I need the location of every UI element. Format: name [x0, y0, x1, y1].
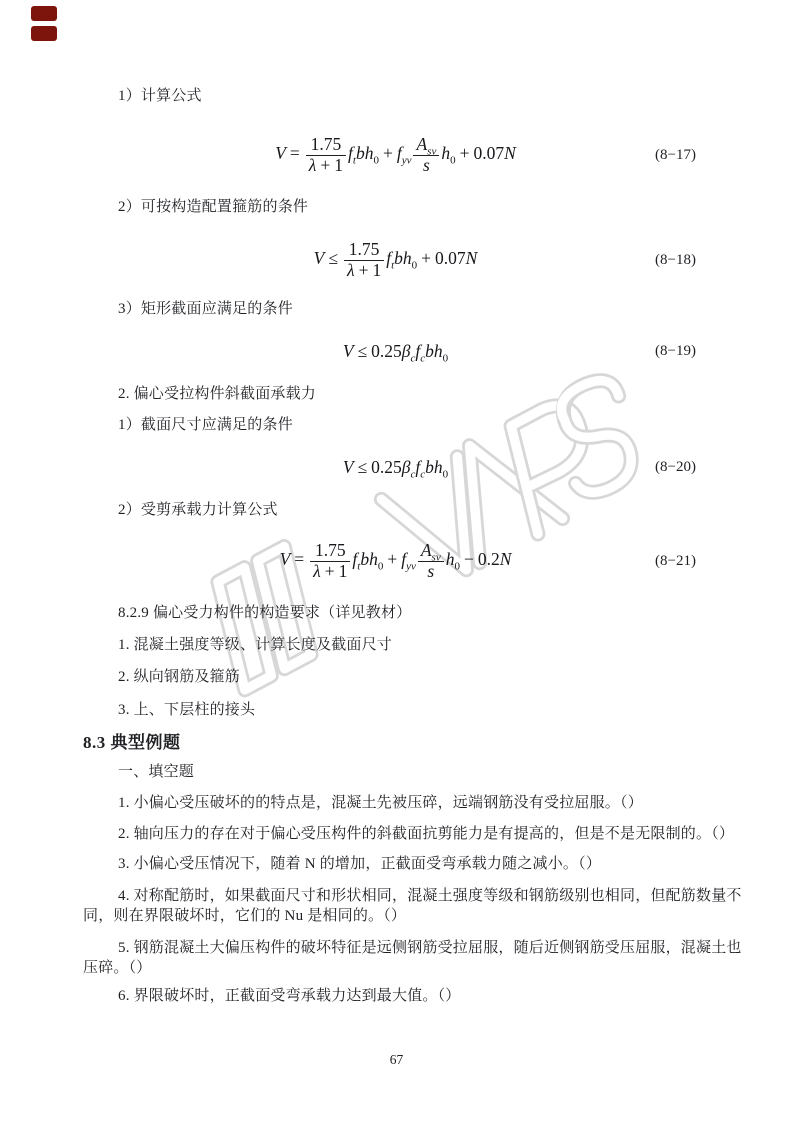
equation-number: (8−17) [655, 147, 696, 164]
corner-stamp-bottom [31, 26, 57, 41]
question-5-line-1: 5. 钢筋混凝土大偏压构件的破坏特征是远侧钢筋受拉屈服，随后近侧钢筋受压屈服，混… [118, 940, 742, 956]
list-item-longitudinal-rebar: 2. 纵向钢筋及箍筋 [118, 669, 240, 685]
formula-8-19: V≤0.25βcfcbh0 [343, 341, 448, 362]
question-3: 3. 小偏心受压情况下，随着 N 的增加，正截面受弯承载力随之减小。（） [118, 856, 601, 872]
question-1: 1. 小偏心受压破坏的的特点是，混凝土先被压碎，远端钢筋没有受拉屈服。（） [118, 795, 643, 811]
corner-stamp-top [31, 6, 57, 21]
page-number: 67 [0, 1052, 793, 1068]
section-heading-8-3: 8.3 典型例题 [83, 728, 181, 753]
list-item-stirrup-condition: 2）可按构造配置箍筋的条件 [118, 199, 308, 215]
formula-8-20: V≤0.25βcfcbh0 [343, 457, 448, 478]
list-item-rect-section-condition: 3）矩形截面应满足的条件 [118, 301, 293, 317]
equation-row-8-21: V=1.75λ+1ftbh0+fyvAsvsh0−0.2N (8−21) [83, 534, 708, 588]
question-4-line-2: 同，则在界限破坏时，它们的 Nu 是相同的。（） [83, 908, 406, 924]
formula-8-17: V=1.75λ+1ftbh0+fyvAsvsh0+0.07N [275, 135, 516, 175]
list-item-shear-capacity-formula: 2）受剪承载力计算公式 [118, 502, 278, 518]
list-item-calc-formula: 1）计算公式 [118, 88, 202, 104]
equation-row-8-18: V≤1.75λ+1ftbh0+0.07N (8−18) [83, 234, 708, 286]
document-page: 1）计算公式 V=1.75λ+1ftbh0+fyvAsvsh0+0.07N (8… [0, 0, 793, 1122]
formula-8-18: V≤1.75λ+1ftbh0+0.07N [314, 240, 478, 280]
list-item-concrete-grade: 1. 混凝土强度等级、计算长度及截面尺寸 [118, 637, 392, 653]
equation-number: (8−19) [655, 343, 696, 360]
question-2: 2. 轴向压力的存在对于偏心受压构件的斜截面抗剪能力是有提高的，但是不是无限制的… [118, 826, 734, 842]
question-5-line-2: 压碎。（） [83, 960, 152, 976]
question-4-line-1: 4. 对称配筋时，如果截面尺寸和形状相同，混凝土强度等级和钢筋级别也相同，但配筋… [118, 888, 742, 904]
equation-number: (8−20) [655, 459, 696, 476]
subheading-fill-in-blanks: 一、填空题 [118, 764, 194, 780]
list-item-section-size-condition: 1）截面尺寸应满足的条件 [118, 417, 293, 433]
equation-number: (8−18) [655, 252, 696, 269]
subsection-8-2-9: 8.2.9 偏心受力构件的构造要求（详见教材） [118, 605, 411, 621]
list-item-column-joint: 3. 上、下层柱的接头 [118, 702, 255, 718]
list-item-eccentric-tension: 2. 偏心受拉构件斜截面承载力 [118, 386, 316, 402]
equation-number: (8−21) [655, 553, 696, 570]
question-6: 6. 界限破坏时，正截面受弯承载力达到最大值。（） [118, 988, 461, 1004]
equation-row-8-19: V≤0.25βcfcbh0 (8−19) [83, 338, 708, 364]
formula-8-21: V=1.75λ+1ftbh0+fyvAsvsh0−0.2N [280, 541, 512, 581]
equation-row-8-20: V≤0.25βcfcbh0 (8−20) [83, 454, 708, 480]
equation-row-8-17: V=1.75λ+1ftbh0+fyvAsvsh0+0.07N (8−17) [83, 128, 708, 182]
